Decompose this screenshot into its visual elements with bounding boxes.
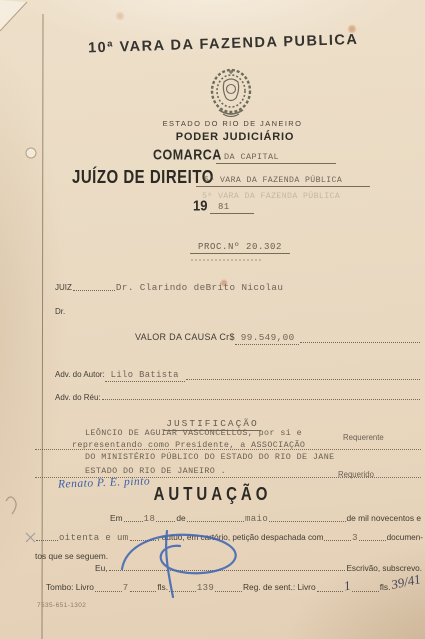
- dotted-leader: [73, 290, 115, 291]
- process-number: PROC.Nº 20.302: [190, 242, 290, 254]
- reg-fls-handwritten: 39/41: [390, 571, 422, 593]
- autuacao-title: AUTUAÇÃO: [154, 485, 272, 505]
- state-coat-of-arms-icon: [203, 66, 259, 120]
- dotted-leader: [124, 521, 143, 522]
- scanned-document-page: 10ª VARA DA FAZENDA PUBLICA ESTADO DO RI…: [0, 0, 425, 639]
- autuacao-title-wrap: AUTUAÇÃO: [0, 488, 425, 506]
- year-value: 81: [210, 202, 254, 214]
- fls2-label: fls.: [380, 582, 391, 592]
- doc-count-value: 3: [352, 533, 358, 543]
- adv-reu-label: Adv. do Réu:: [55, 393, 101, 402]
- corner-fold-line: [0, 2, 27, 31]
- reg-livro-handwritten: 1: [343, 578, 352, 595]
- dotted-leader: [300, 342, 420, 343]
- court-stamp-header: 10ª VARA DA FAZENDA PUBLICA: [88, 32, 368, 57]
- dotted-leader: [324, 540, 351, 541]
- documen-suffix: documen-: [387, 533, 423, 542]
- escrivao-signature: [112, 529, 274, 599]
- day-value: 18: [144, 514, 156, 524]
- margin-mark: [26, 533, 35, 542]
- party-role-requerido: Requerido: [338, 470, 374, 479]
- escrivao-text: Escrivão, subscrevo.: [346, 564, 422, 573]
- dotted-leader: [156, 521, 175, 522]
- state-line: ESTADO DO RIO DE JANEIRO: [140, 119, 325, 128]
- year-prefix: 19: [193, 197, 207, 214]
- judge-row: JUIZ Dr. Clarindo deBrito Nicolau: [55, 282, 355, 293]
- em-label: Em: [110, 513, 123, 523]
- dotted-leader: [269, 521, 345, 522]
- eu-label: Eu,: [95, 563, 108, 573]
- judge-value: Dr. Clarindo deBrito Nicolau: [116, 282, 283, 293]
- century-text: de mil novecentos e: [347, 513, 422, 523]
- dotted-leader: [359, 540, 386, 541]
- poder-judiciario-title: PODER JUDICIÁRIO: [160, 131, 310, 143]
- adv-reu-row: Adv. do Réu:: [55, 393, 421, 402]
- adv-autor-label: Adv. do Autor:: [55, 370, 105, 379]
- dr-label: Dr.: [55, 307, 65, 316]
- dotted-leader: [36, 540, 58, 541]
- dotted-leader: [102, 399, 420, 400]
- continuation-text: tos que se seguem.: [35, 551, 108, 561]
- comarca-label: COMARCA: [153, 146, 222, 163]
- party-line-4: ESTADO DO RIO DE JANEIRO .: [85, 466, 226, 476]
- juizo-label: JUÍZO DE DIREITO: [72, 167, 214, 188]
- dotted-leader: [317, 591, 344, 592]
- valor-row: VALOR DA CAUSA Cr$ 99.549,00: [135, 332, 421, 345]
- dotted-leader: [187, 521, 244, 522]
- corner-fold: [0, 0, 26, 30]
- process-number-ghost: [191, 259, 261, 261]
- de-label: de: [176, 513, 185, 523]
- dotted-leader: [352, 591, 379, 592]
- month-value: maio: [245, 514, 268, 524]
- punch-hole: [26, 148, 36, 158]
- valor-label: VALOR DA CAUSA Cr$: [135, 332, 235, 342]
- judge-label: JUIZ: [55, 283, 72, 292]
- adv-autor-value: Lilo Batista: [105, 370, 185, 382]
- crease-line: [42, 14, 43, 639]
- party-line-2: representando como Presidente, a ASSOCIA…: [72, 440, 305, 450]
- juizo-ghost-stamp: 5ª VARA DA FAZENDA PÚBLICA: [202, 192, 362, 201]
- party-line-3: DO MINISTÉRIO PÚBLICO DO ESTADO DO RIO D…: [85, 452, 335, 462]
- form-number: 7535-651-1302: [37, 602, 86, 609]
- adv-autor-row: Adv. do Autor: Lilo Batista: [55, 370, 421, 382]
- tombo-label: Tombo: Livro: [46, 582, 94, 592]
- autuacao-date-row: Em 18 de maio de mil novecentos e: [110, 513, 421, 524]
- juizo-value: 5ª VARA DA FAZENDA PÚBLICA: [196, 176, 370, 187]
- comarca-value: DA CAPITAL: [216, 152, 336, 164]
- dotted-leader: [186, 379, 420, 380]
- valor-value: 99.549,00: [235, 332, 299, 345]
- party-line-1: LEÔNCIO DE AGUIAR VASCONCELLOS, por si e: [85, 428, 302, 438]
